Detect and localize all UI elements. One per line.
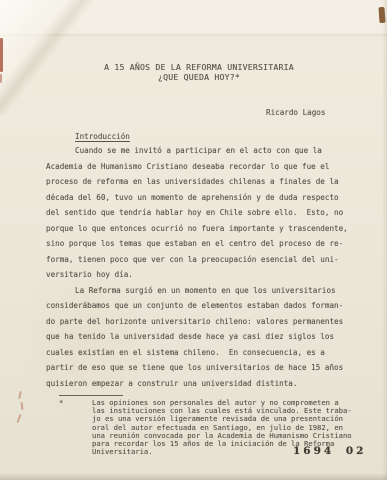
archive-pencil-marks	[15, 391, 29, 427]
paragraph-2: La Reforma surgió en un momento en que l…	[46, 283, 354, 392]
document-title-line2: ¿QUE QUEDA HOY?*	[46, 73, 352, 83]
footnote-separator-rule	[59, 395, 123, 396]
scanned-document-page: A 15 AÑOS DE LA REFORMA UNIVERSITARIA ¿Q…	[0, 0, 387, 480]
red-margin-mark-small	[0, 74, 2, 83]
paper-bottom-shadow	[0, 473, 387, 480]
paper-right-shadow	[382, 0, 387, 480]
paper-corner-fold	[0, 0, 95, 115]
archive-stamp: 1694 02	[293, 445, 367, 457]
section-heading: Introducción	[75, 132, 130, 141]
pencil-stroke	[18, 391, 22, 399]
paragraph-1: Cuando se me invitó a participar en el a…	[46, 143, 354, 283]
document-title: A 15 AÑOS DE LA REFORMA UNIVERSITARIA ¿Q…	[46, 63, 352, 83]
footnote-marker: *	[59, 399, 92, 456]
author-name: Ricardo Lagos	[266, 108, 325, 117]
body-text: Cuando se me invitó a participar en el a…	[46, 143, 354, 391]
red-margin-mark	[0, 38, 3, 72]
pencil-stroke	[20, 402, 23, 410]
pencil-stroke	[17, 414, 22, 423]
